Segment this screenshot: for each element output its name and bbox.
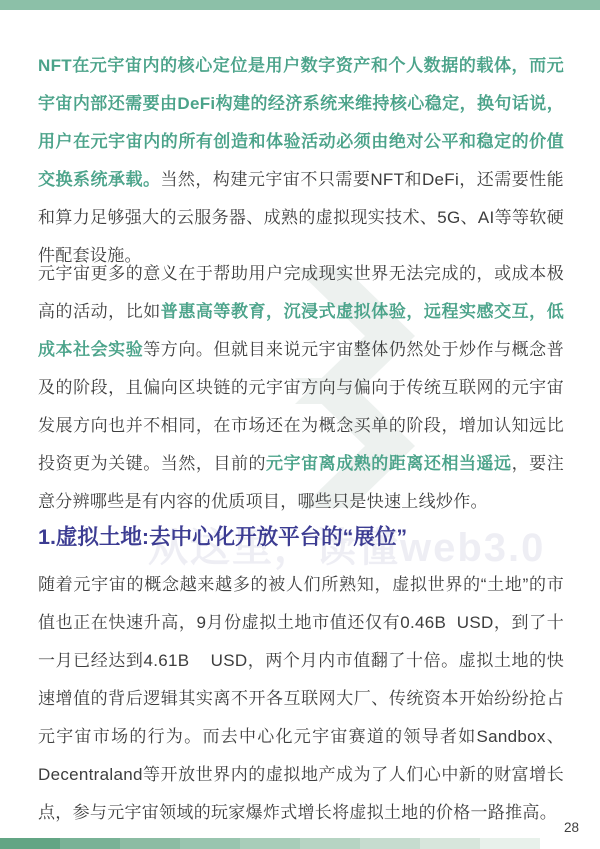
gradient-segment — [360, 838, 420, 849]
bottom-gradient-bar — [0, 838, 540, 849]
paragraph-virtual-land: 随着元宇宙的概念越来越多的被人们所熟知，虚拟世界的“土地”的市值也正在快速升高，… — [38, 566, 564, 832]
paragraph-2-highlight-2: 元宇宙离成熟的距离还相当遥远 — [266, 454, 512, 473]
document-page: 从这里，读懂web3.0 NFT在元宇宙内的核心定位是用户数字资产和个人数据的载… — [0, 0, 600, 849]
section-heading: 1.虚拟土地:去中心化开放平台的“展位” — [38, 522, 578, 552]
page-number: 28 — [564, 820, 579, 835]
gradient-segment — [240, 838, 300, 849]
gradient-segment — [120, 838, 180, 849]
gradient-segment — [180, 838, 240, 849]
gradient-segment — [420, 838, 480, 849]
gradient-segment — [300, 838, 360, 849]
gradient-segment — [480, 838, 540, 849]
paragraph-metaverse-meaning: 元宇宙更多的意义在于帮助用户完成现实世界无法完成的，或成本极高的活动，比如普惠高… — [38, 255, 564, 521]
top-accent-bar — [0, 0, 600, 10]
gradient-segment — [0, 838, 60, 849]
gradient-segment — [60, 838, 120, 849]
paragraph-nft-defi: NFT在元宇宙内的核心定位是用户数字资产和个人数据的载体，而元宇宙内部还需要由D… — [38, 47, 564, 275]
